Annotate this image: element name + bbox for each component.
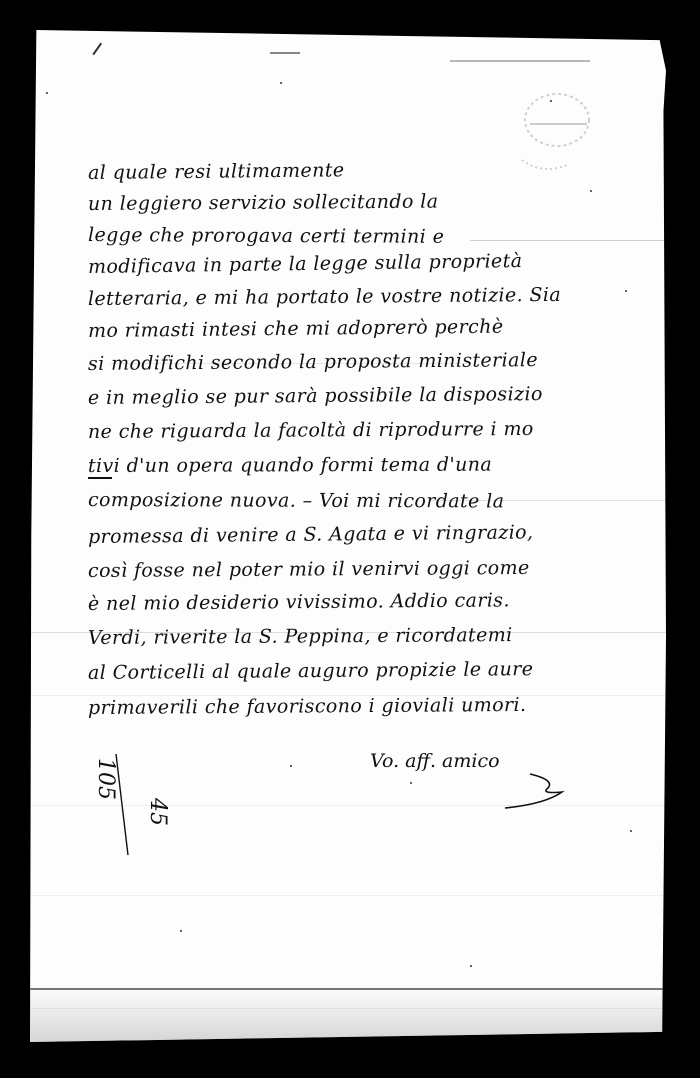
- letter-line: mo rimasti intesi che mi adoprerò perchè: [88, 316, 504, 342]
- margin-foliation-note: 105 45: [96, 750, 206, 860]
- letter-line: si modifichi secondo la proposta ministe…: [88, 349, 538, 375]
- letter-line: un leggiero servizio sollecitando la: [88, 191, 439, 215]
- letter-body: al quale resi ultimamente un leggiero se…: [30, 30, 666, 1042]
- signature-flourish: [500, 770, 580, 810]
- fold-line: [30, 988, 666, 990]
- letter-line: primaverili che favoriscono i gioviali u…: [88, 694, 527, 719]
- letter-line: legge che prorogava certi termini e: [88, 224, 444, 248]
- letter-page: al quale resi ultimamente un leggiero se…: [30, 30, 666, 1042]
- underline-mark: [88, 477, 112, 479]
- signature: Vo. aff. amico: [370, 750, 500, 772]
- margin-number: 45: [145, 798, 170, 826]
- letter-line-with-underline: tivi d'un opera quando formi tema d'una: [88, 454, 492, 477]
- letter-line: così fosse nel poter mio il venirvi oggi…: [88, 557, 530, 582]
- letter-line: e in meglio se pur sarà possibile la dis…: [88, 383, 543, 409]
- margin-number: 105: [93, 758, 118, 800]
- letter-line: composizione nuova. – Voi mi ricordate l…: [88, 489, 504, 512]
- letter-line: al Corticelli al quale auguro propizie l…: [88, 658, 534, 684]
- letter-line: promessa di venire a S. Agata e vi ringr…: [88, 521, 534, 548]
- letter-line: al quale resi ultimamente: [88, 159, 345, 184]
- letter-line: è nel mio desiderio vivissimo. Addio car…: [88, 589, 510, 615]
- ruled-line: [30, 1008, 666, 1009]
- letter-line: letteraria, e mi ha portato le vostre no…: [88, 284, 561, 310]
- letter-line: modificava in parte la legge sulla propr…: [88, 250, 523, 278]
- letter-line: Verdi, riverite la S. Peppina, e ricorda…: [88, 624, 513, 649]
- letter-line: ne che riguarda la facoltà di riprodurre…: [88, 418, 534, 443]
